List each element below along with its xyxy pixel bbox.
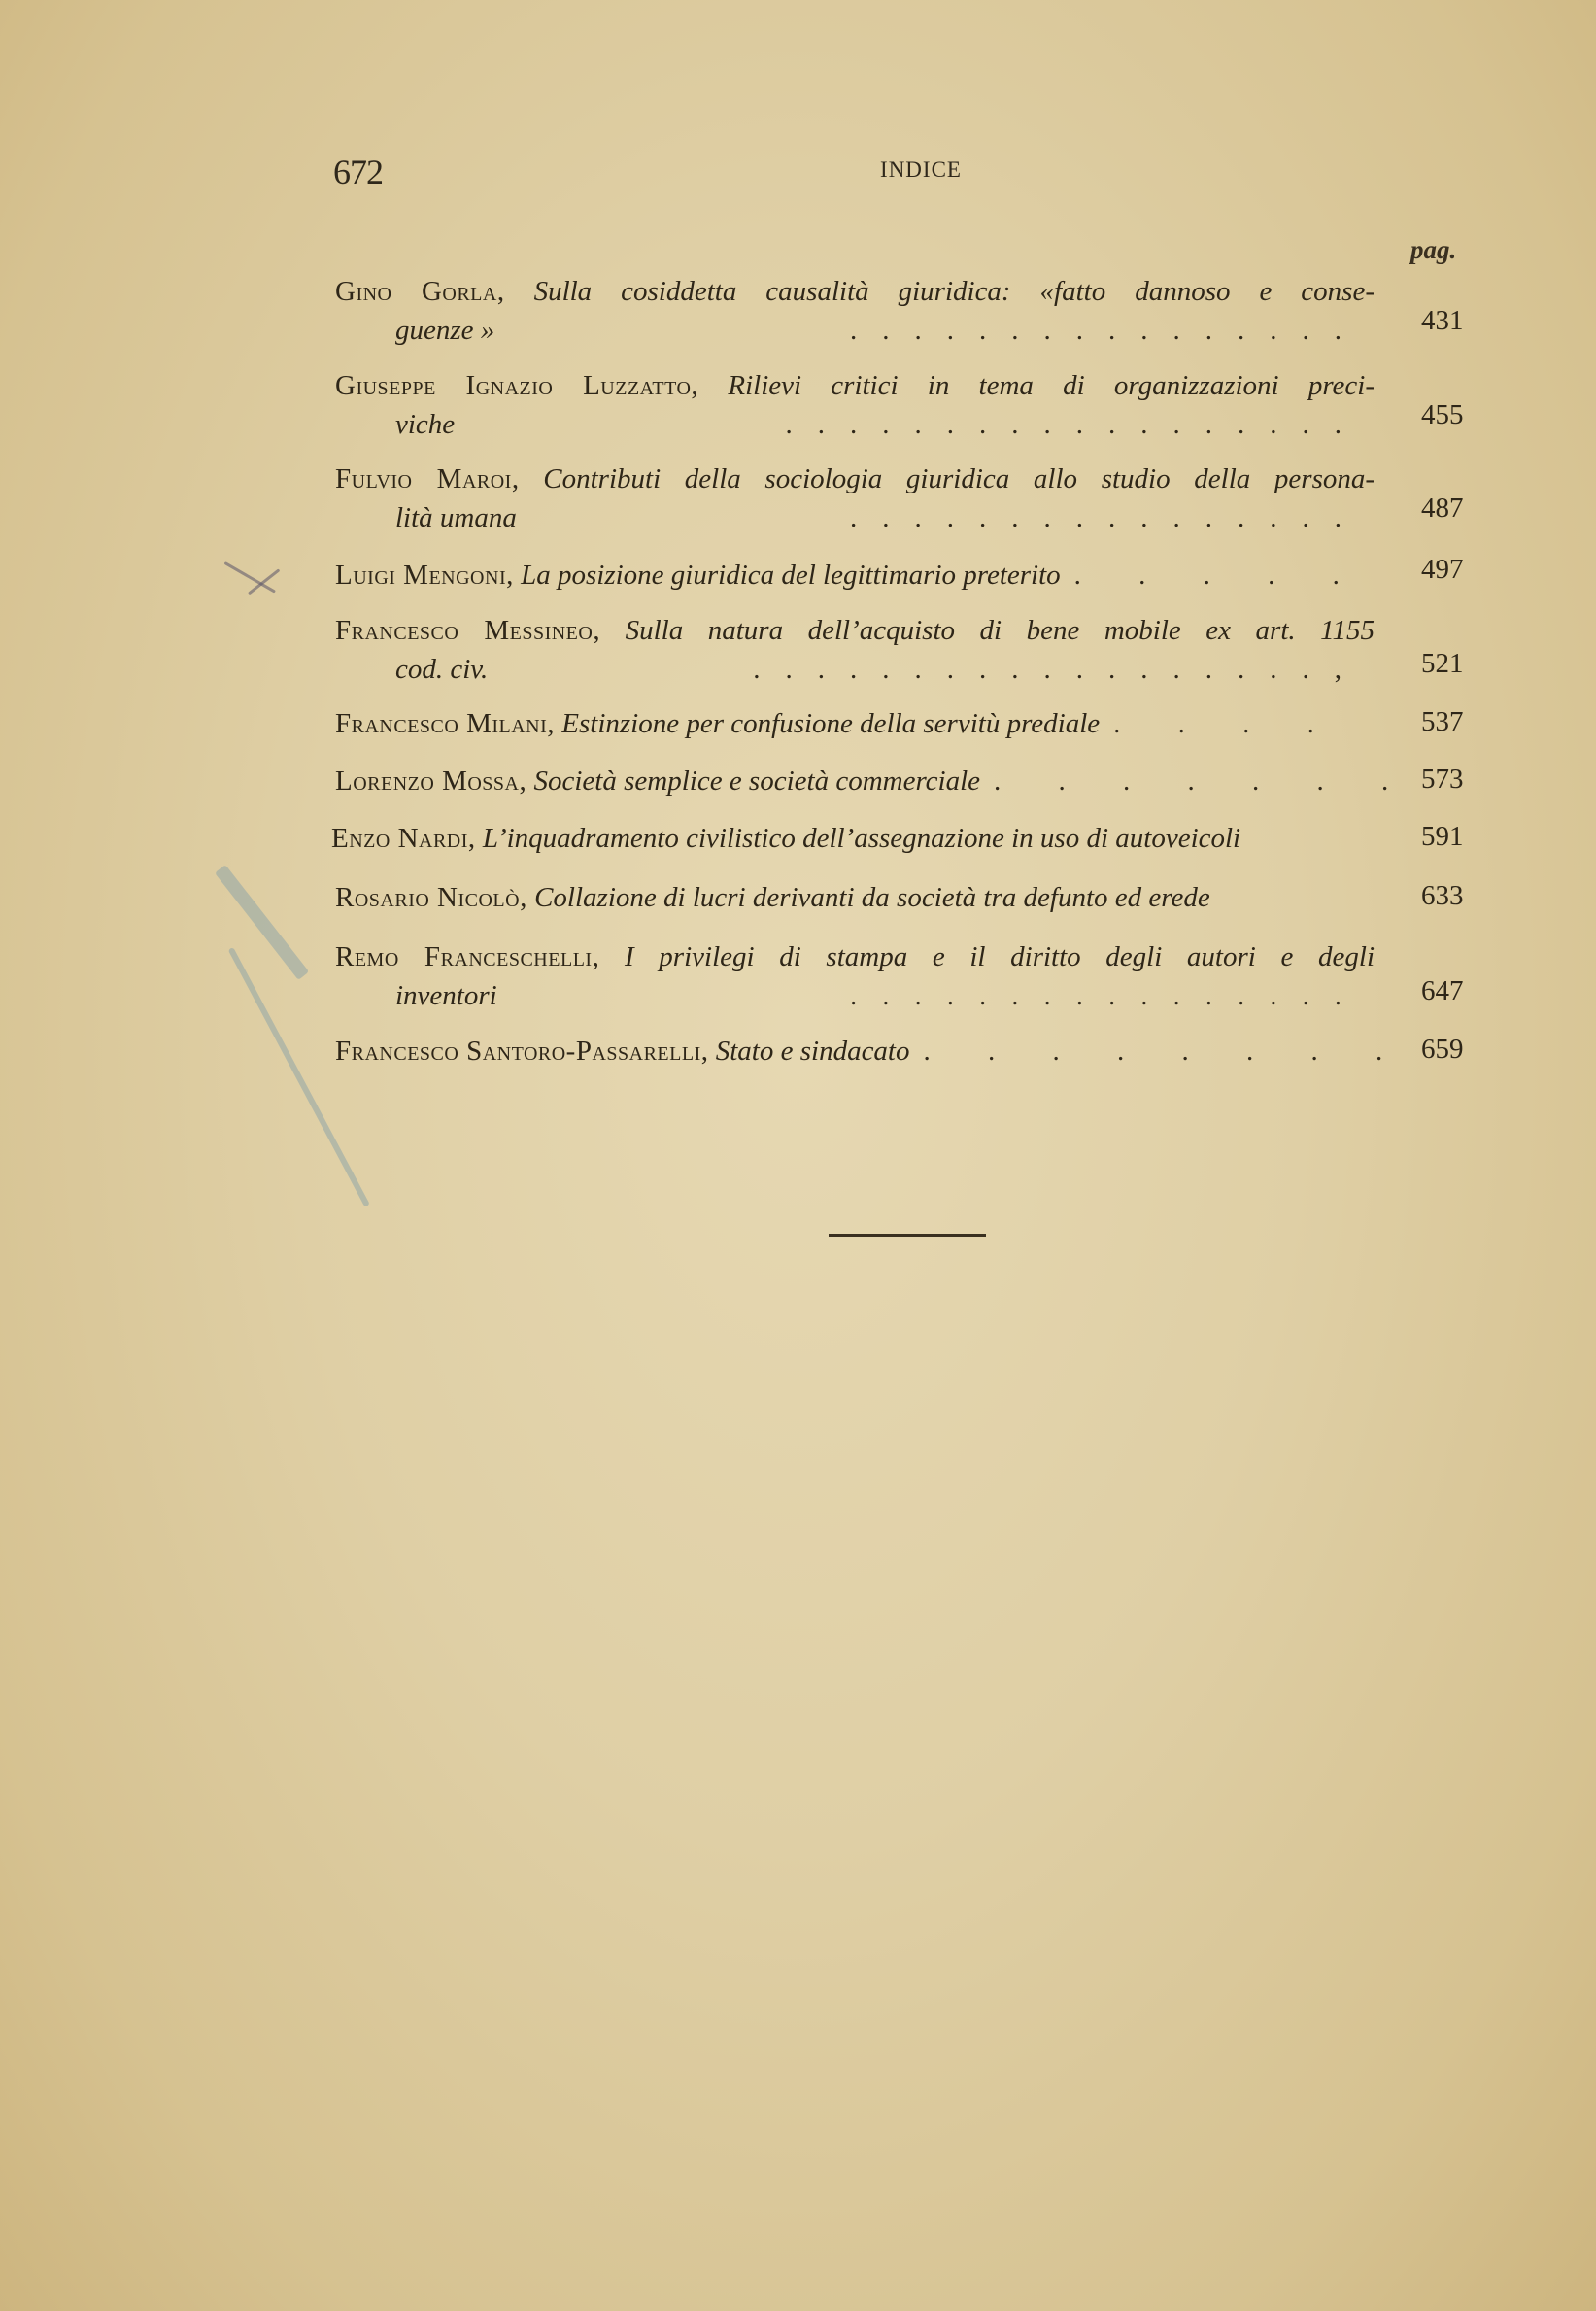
toc-entry: Rosario Nicolò, Collazione di lucri deri… — [335, 878, 1375, 917]
entry-title-cont: guenze » — [395, 315, 494, 346]
dot-leaders: ................ — [850, 311, 1367, 350]
entry-title: Sulla cosiddetta causalità giuridica: «f… — [534, 276, 1375, 307]
dot-leaders: . . . . . . . — [994, 765, 1413, 797]
entry-author: Remo Franceschelli, — [335, 941, 599, 972]
running-head: INDICE — [0, 157, 1596, 183]
entry-page: 573 — [1421, 760, 1464, 799]
entry-page: 431 — [1421, 301, 1464, 340]
entry-title: Contributi della sociologia giuridica al… — [543, 463, 1375, 494]
entry-author: Gino Gorla, — [335, 276, 505, 307]
entry-title: Stato e sindacato — [716, 1036, 910, 1067]
toc-entry: Francesco Milani, Estinzione per confusi… — [335, 704, 1375, 743]
entry-page: 647 — [1421, 971, 1464, 1010]
dot-leaders: ................ — [850, 976, 1367, 1015]
dot-leaders: . . . . . . . . — [924, 1036, 1409, 1067]
entry-title-cont: inventori — [395, 980, 497, 1011]
entry-author: Luigi Mengoni, — [335, 560, 514, 591]
end-rule — [829, 1234, 986, 1237]
dot-leaders: . . . . . — [1074, 560, 1365, 591]
toc-entry: Luigi Mengoni, La posizione giuridica de… — [335, 556, 1375, 595]
pag-column-label: pag. — [1410, 235, 1456, 265]
entry-author: Rosario Nicolò, — [335, 882, 527, 913]
entry-page: 591 — [1421, 817, 1464, 856]
crayon-mark — [215, 865, 309, 980]
entry-author: Lorenzo Mossa, — [335, 765, 526, 797]
toc-entry: Francesco Messineo, Sulla natura dell’ac… — [335, 611, 1375, 689]
entry-author: Francesco Messineo, — [335, 615, 600, 646]
entry-author: Enzo Nardi, — [331, 823, 476, 854]
toc-entry: Francesco Santoro-Passarelli, Stato e si… — [335, 1032, 1375, 1071]
entry-title: Estinzione per confusione della servitù … — [561, 708, 1100, 739]
toc-entry: Enzo Nardi, L’inquadramento civilistico … — [331, 819, 1371, 858]
entry-title: Collazione di lucri derivanti da società… — [534, 882, 1210, 913]
entry-page: 497 — [1421, 550, 1464, 589]
entry-title: La posizione giuridica del legittimario … — [521, 560, 1061, 591]
entry-page: 537 — [1421, 702, 1464, 741]
dot-leaders: .................. — [786, 405, 1368, 444]
entry-page: 521 — [1421, 644, 1464, 683]
entry-author: Fulvio Maroi, — [335, 463, 520, 494]
toc-entry: Fulvio Maroi, Contributi della sociologi… — [335, 459, 1375, 537]
entry-title-cont: cod. civ. — [395, 654, 488, 685]
entry-page: 633 — [1421, 876, 1464, 915]
entry-page: 659 — [1421, 1030, 1464, 1069]
entry-title-cont: viche — [395, 409, 455, 440]
entry-page: 487 — [1421, 489, 1464, 527]
dot-leaders: ................ — [850, 498, 1367, 537]
entry-author: Francesco Milani, — [335, 708, 555, 739]
entry-title: Rilievi critici in tema di organizzazion… — [728, 370, 1375, 401]
entry-title-cont: lità umana — [395, 502, 517, 533]
toc-entry: Lorenzo Mossa, Società semplice e societ… — [335, 762, 1375, 800]
toc-entry: Gino Gorla, Sulla cosiddetta causalità g… — [335, 272, 1375, 350]
entry-title: Sulla natura dell’acquisto di bene mobil… — [626, 615, 1375, 646]
toc-entry: Giuseppe Ignazio Luzzatto, Rilievi criti… — [335, 366, 1375, 444]
entry-author: Giuseppe Ignazio Luzzatto, — [335, 370, 698, 401]
entry-title: Società semplice e società commerciale — [534, 765, 981, 797]
entry-page: 455 — [1421, 395, 1464, 434]
dot-leaders: .................., — [753, 650, 1367, 689]
entry-author: Francesco Santoro-Passarelli, — [335, 1036, 708, 1067]
dot-leaders: . . . . — [1113, 708, 1340, 739]
toc-entry: Remo Franceschelli, I privilegi di stamp… — [335, 937, 1375, 1015]
entry-title: L’inquadramento civilistico dell’assegna… — [483, 823, 1240, 854]
entry-title: I privilegi di stampa e il diritto degli… — [625, 941, 1375, 972]
